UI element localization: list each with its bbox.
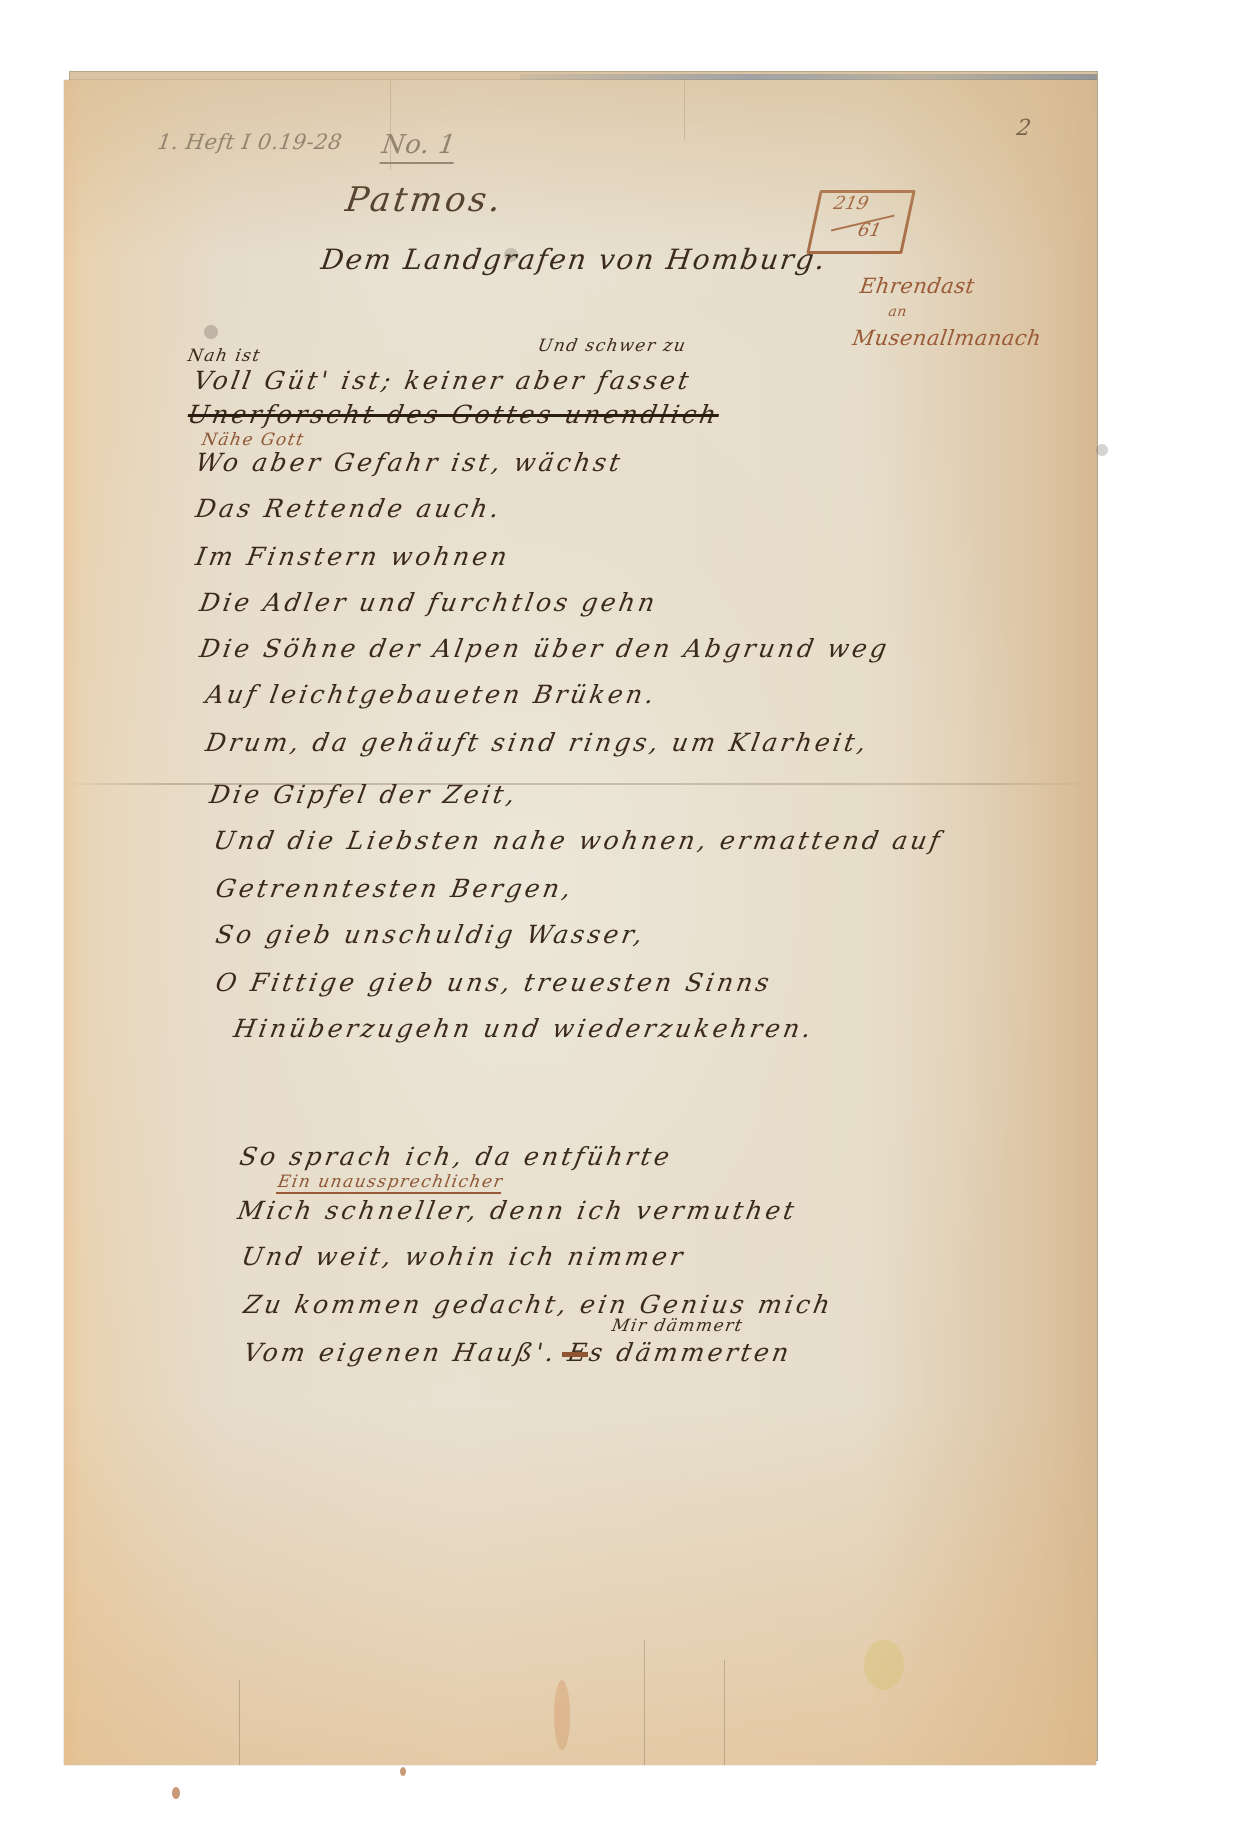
poem-line: Auf leichtgebaueten Brüken. — [203, 680, 659, 709]
catalog-number-box: 219 61 — [806, 190, 916, 254]
manuscript-page: 1. Heft I 0.19-28 No. 1 2 219 61 Patmos.… — [64, 80, 1096, 1765]
poem-line: Drum, da gehäuft sind rings, um Klarheit… — [203, 728, 871, 757]
paper-crack — [390, 80, 391, 170]
poem-dedication: Dem Landgrafen von Homburg. — [319, 243, 829, 276]
foxing-spot — [204, 325, 218, 339]
number-label-text: No. 1 — [379, 130, 457, 164]
poem-line: Und die Liebsten nahe wohnen, ermattend … — [211, 826, 945, 855]
poem-line: Vom eigenen Hauß'. Es dämmerten — [241, 1338, 794, 1367]
interlinear-correction: Nähe Gott — [200, 430, 306, 450]
catalog-number-top: 219 — [832, 193, 871, 214]
archive-reference: 1. Heft I 0.19-28 — [156, 130, 344, 154]
number-label: No. 1 — [380, 130, 458, 160]
margin-note: Ehrendast an Musenallmanach — [850, 266, 1051, 358]
paper-crack — [239, 1680, 240, 1765]
catalog-number-bottom: 61 — [856, 220, 883, 241]
poem-line: Die Adler und furchtlos gehn — [197, 588, 660, 617]
poem-line-struck: Unerforscht des Gottes unendlich — [185, 400, 721, 429]
ink-spot — [172, 1787, 180, 1799]
interlinear-correction: Nah ist — [186, 346, 262, 366]
poem-line: Die Söhne der Alpen über den Abgrund weg — [197, 634, 892, 663]
foxing-spot — [504, 248, 518, 262]
paper-crack — [644, 1640, 645, 1765]
poem-line: O Fittige gieb uns, treuesten Sinns — [213, 968, 774, 997]
margin-note-line1: Ehrendast — [858, 274, 976, 298]
fraction-slash — [831, 215, 894, 232]
foxing-stain — [864, 1640, 904, 1690]
folio-number: 2 — [1015, 116, 1033, 141]
poem-line: Mich schneller, denn ich vermuthet — [235, 1196, 799, 1225]
poem-line: Hinüberzugehn und wiederzukehren. — [231, 1014, 816, 1043]
poem-line: Die Gipfel der Zeit, — [207, 780, 520, 809]
poem-line: So gieb unschuldig Wasser, — [213, 920, 647, 949]
interlinear-correction: Mir dämmert — [610, 1316, 745, 1336]
poem-line: Voll Güt' ist; keiner aber fasset — [191, 366, 694, 395]
poem-line: Zu kommen gedacht, ein Genius mich — [241, 1290, 835, 1319]
interlinear-correction: Ein unaussprechlicher — [276, 1172, 505, 1192]
poem-line: Wo aber Gefahr ist, wächst — [193, 448, 625, 477]
poem-title: Patmos. — [343, 180, 506, 220]
poem-line: Getrenntesten Bergen, — [213, 874, 576, 903]
poem-line: Im Finstern wohnen — [193, 542, 512, 571]
margin-note-line3: Musenallmanach — [851, 326, 1043, 350]
margin-note-line2: an — [856, 306, 1046, 318]
paper-crack — [684, 80, 685, 140]
interlinear-correction: Und schwer zu — [536, 336, 688, 356]
poem-line: So sprach ich, da entführte — [237, 1142, 674, 1171]
water-stain — [554, 1680, 570, 1750]
foxing-spot — [1096, 444, 1108, 456]
ink-spot — [400, 1767, 406, 1776]
poem-line: Das Rettende auch. — [193, 494, 504, 523]
catchword-dash — [562, 1352, 588, 1357]
poem-line: Und weit, wohin ich nimmer — [239, 1242, 687, 1271]
paper-crack — [724, 1660, 725, 1765]
interlinear-correction-text: Ein unaussprechlicher — [276, 1172, 505, 1194]
